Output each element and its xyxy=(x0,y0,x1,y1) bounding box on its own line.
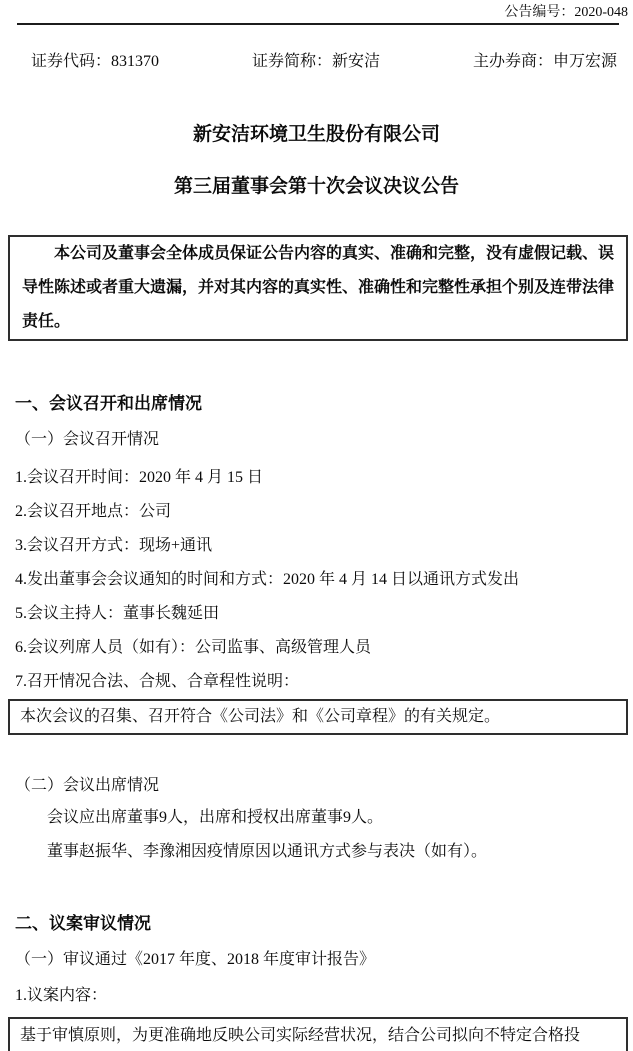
section-2-sub-1-heading: （一）审议通过《2017 年度、2018 年度审计报告》 xyxy=(15,949,633,971)
remote-voting-paragraph: 董事赵振华、李豫湘因疫情原因以通讯方式参与表决（如有）。 xyxy=(15,835,633,869)
meeting-host-item: 5.会议主持人：董事长魏延田 xyxy=(15,597,633,631)
attendance-count-paragraph: 会议应出席董事9人，出席和授权出席董事9人。 xyxy=(15,801,633,835)
section-1-sub-1-heading: （一）会议召开情况 xyxy=(15,429,633,451)
disclaimer-box: 本公司及董事会全体成员保证公告内容的真实、准确和完整，没有虚假记载、误导性陈述或… xyxy=(8,235,628,341)
document-title: 第三届董事会第十次会议决议公告 xyxy=(0,175,633,199)
meeting-place-item: 2.会议召开地点：公司 xyxy=(15,495,633,529)
company-name-title: 新安洁环境卫生股份有限公司 xyxy=(0,123,633,147)
section-1-sub-2-heading: （二）会议出席情况 xyxy=(15,775,633,797)
meeting-info-list: 1.会议召开时间：2020 年 4 月 15 日 2.会议召开地点：公司 3.会… xyxy=(0,461,633,699)
announcement-number: 公告编号：2020-048 xyxy=(0,0,633,21)
meeting-method-item: 3.会议召开方式：现场+通讯 xyxy=(15,529,633,563)
section-1-heading: 一、会议召开和出席情况 xyxy=(15,393,633,415)
meeting-attendees-item: 6.会议列席人员（如有）：公司监事、高级管理人员 xyxy=(15,631,633,665)
meeting-legality-item: 7.召开情况合法、合规、合章程性说明： xyxy=(15,665,633,699)
securities-short-name: 证券简称：新安洁 xyxy=(252,52,380,71)
securities-header-row: 证券代码：831370 证券简称：新安洁 主办券商：申万宏源 xyxy=(0,25,633,71)
sponsor-broker: 主办券商：申万宏源 xyxy=(473,52,617,71)
proposal-content-label: 1.议案内容： xyxy=(15,979,633,1013)
attendance-paragraphs: 会议应出席董事9人，出席和授权出席董事9人。 董事赵振华、李豫湘因疫情原因以通讯… xyxy=(0,801,633,869)
securities-code: 证券代码：831370 xyxy=(31,52,159,71)
meeting-notice-item: 4.发出董事会会议通知的时间和方式：2020 年 4 月 14 日以通讯方式发出 xyxy=(15,563,633,597)
announcement-document-page: 公告编号：2020-048 证券代码：831370 证券简称：新安洁 主办券商：… xyxy=(0,0,633,1051)
proposal-content-box: 基于审慎原则，为更准确地反映公司实际经营状况，结合公司拟向不特定合格投 xyxy=(8,1017,628,1051)
section-2-heading: 二、议案审议情况 xyxy=(15,913,633,935)
legality-statement-box: 本次会议的召集、召开符合《公司法》和《公司章程》的有关规定。 xyxy=(8,699,628,735)
meeting-time-item: 1.会议召开时间：2020 年 4 月 15 日 xyxy=(15,461,633,495)
